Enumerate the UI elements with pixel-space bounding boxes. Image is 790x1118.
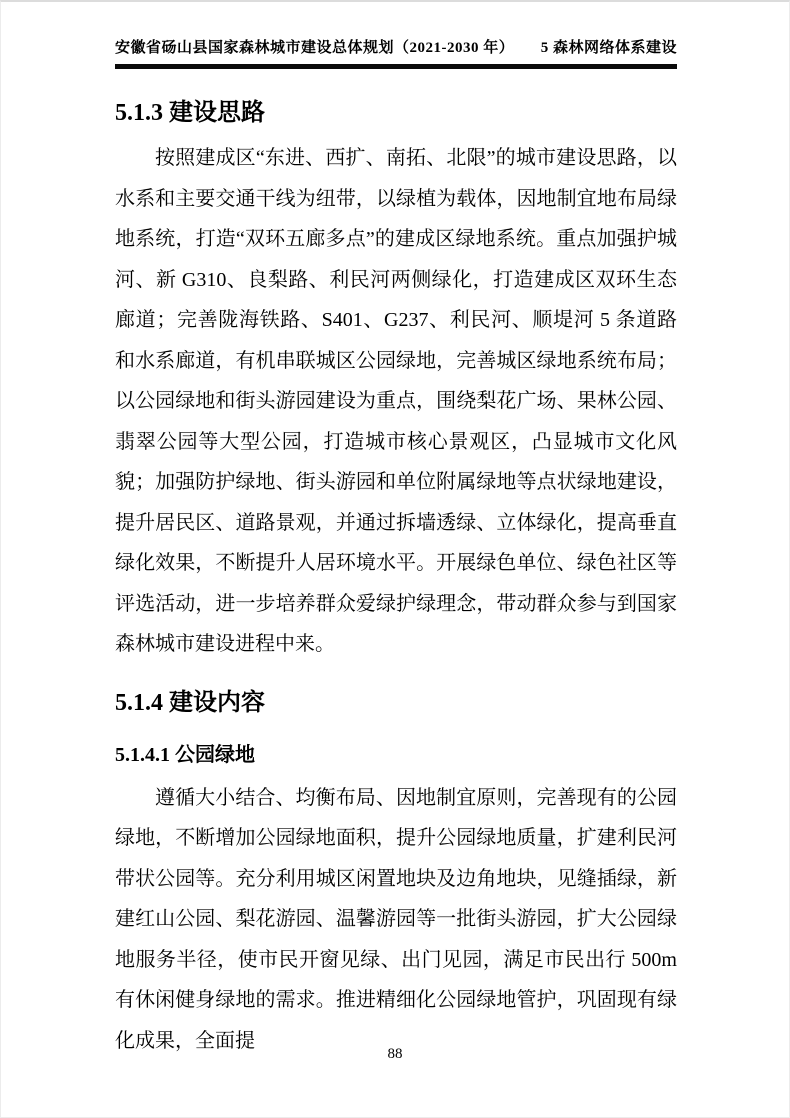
document-page: 安徽省砀山县国家森林城市建设总体规划（2021-2030 年） 5 森林网络体系… [0, 0, 790, 1118]
header-chapter-title: 5 森林网络体系建设 [541, 36, 677, 57]
section-5-1-4-1-paragraph: 遵循大小结合、均衡布局、因地制宜原则，完善现有的公园绿地，不断增加公园绿地面积，… [115, 778, 677, 1062]
header-rule [115, 64, 677, 69]
section-heading-5-1-4: 5.1.4 建设内容 [115, 689, 677, 717]
section-heading-5-1-3: 5.1.3 建设思路 [115, 99, 677, 127]
page-header: 安徽省砀山县国家森林城市建设总体规划（2021-2030 年） 5 森林网络体系… [115, 36, 677, 64]
section-5-1-3-paragraph: 按照建成区“东进、西扩、南拓、北限”的城市建设思路，以水系和主要交通干线为纽带，… [115, 138, 677, 665]
header-document-title: 安徽省砀山县国家森林城市建设总体规划（2021-2030 年） [115, 36, 514, 57]
page-number: 88 [1, 1046, 789, 1063]
subsection-heading-5-1-4-1: 5.1.4.1 公园绿地 [115, 743, 677, 767]
